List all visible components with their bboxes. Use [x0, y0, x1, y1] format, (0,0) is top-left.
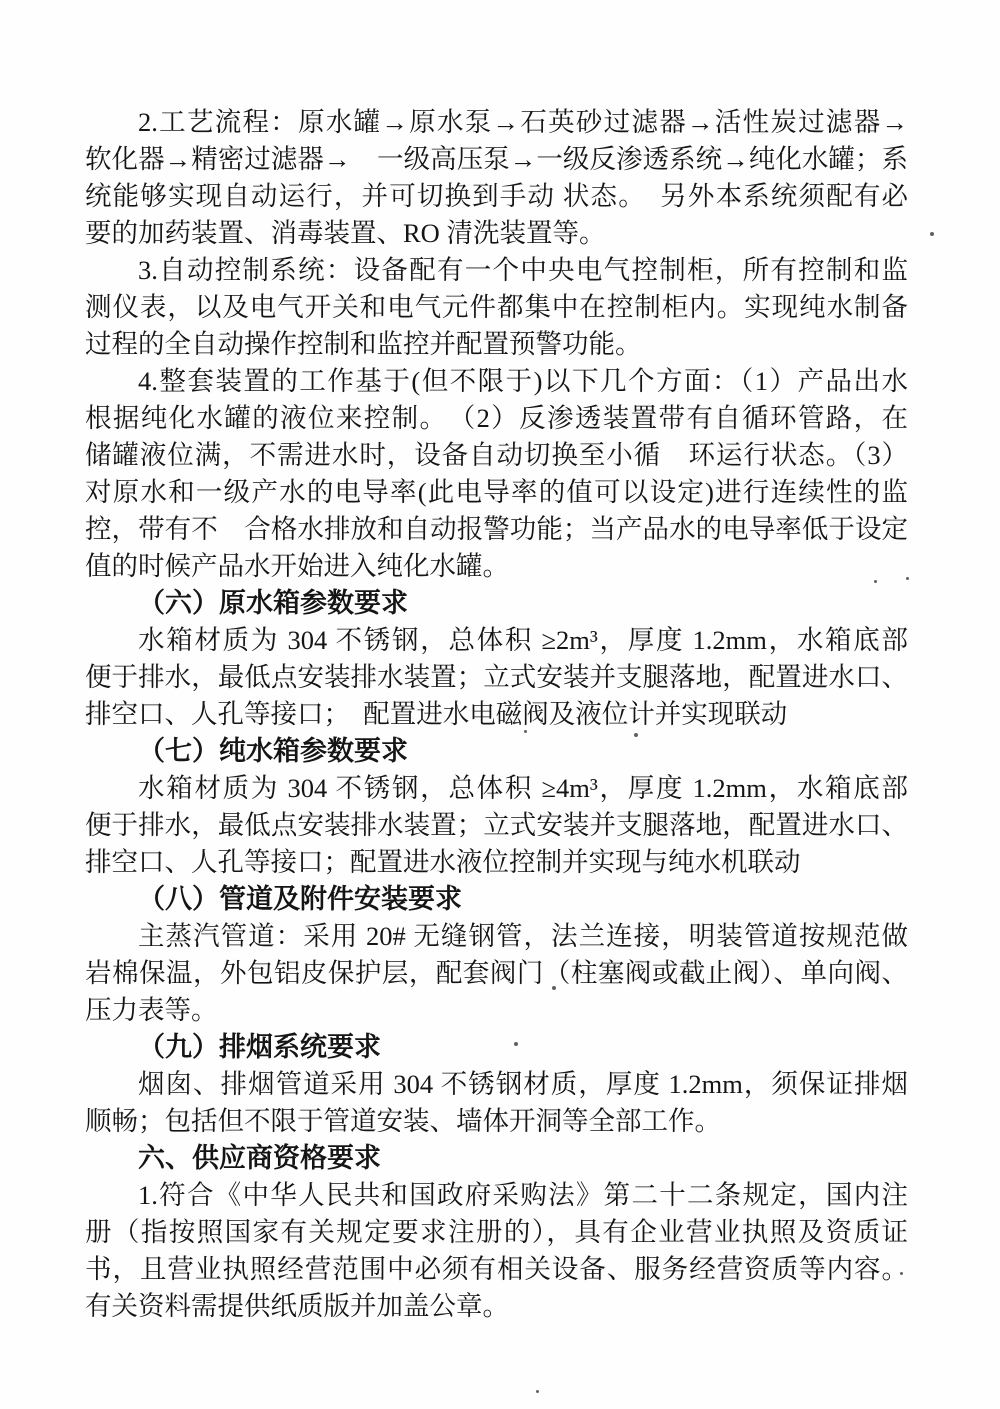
- text-line: 排空口、人孔等接口；配置进水液位控制并实现与纯水机联动: [85, 844, 908, 881]
- scanned-document-page: 2.工艺流程：原水罐→原水泵→石英砂过滤器→活性炭过滤器→软化器→精密过滤器→ …: [0, 0, 1000, 1409]
- text-line: 3.自动控制系统：设备配有一个中央电气控制柜，所有控制和监: [85, 252, 908, 289]
- section-heading: 六、供应商资格要求: [85, 1140, 908, 1177]
- text-line: 岩棉保温，外包铝皮保护层，配套阀门（柱塞阀或截止阀）、单向阀、: [85, 955, 908, 992]
- scan-noise-dot: [524, 730, 527, 733]
- text-line: 水箱材质为 304 不锈钢，总体积 ≥2m³，厚度 1.2mm，水箱底部: [85, 622, 908, 659]
- text-line: 书，且营业执照经营范围中必须有相关设备、服务经营资质等内容。: [85, 1251, 908, 1288]
- section-heading: （九）排烟系统要求: [85, 1029, 908, 1066]
- text-line: 控，带有不 合格水排放和自动报警功能；当产品水的电导率低于设定: [85, 511, 908, 548]
- scan-noise-dot: [514, 1042, 518, 1046]
- text-line: 根据纯化水罐的液位来控制。 （2）反渗透装置带有自循环管路，在: [85, 400, 908, 437]
- text-line: 烟囱、排烟管道采用 304 不锈钢材质，厚度 1.2mm，须保证排烟: [85, 1066, 908, 1103]
- text-line: 对原水和一级产水的电导率(此电导率的值可以设定)进行连续性的监: [85, 474, 908, 511]
- text-line: 软化器→精密过滤器→ 一级高压泵→一级反渗透系统→纯化水罐；系: [85, 141, 908, 178]
- text-line: 测仪表，以及电气开关和电气元件都集中在控制柜内。实现纯水制备: [85, 289, 908, 326]
- text-line: 1.符合《中华人民共和国政府采购法》第二十二条规定，国内注: [85, 1177, 908, 1214]
- text-line: 排空口、人孔等接口； 配置进水电磁阀及液位计并实现联动: [85, 696, 908, 733]
- text-line: 便于排水，最低点安装排水装置；立式安装并支腿落地，配置进水口、: [85, 659, 908, 696]
- scan-noise-dot: [634, 733, 638, 737]
- text-line: 要的加药装置、消毒装置、RO 清洗装置等。: [85, 215, 908, 252]
- text-line: 过程的全自动操作控制和监控并配置预警功能。: [85, 326, 908, 363]
- text-line: 顺畅；包括但不限于管道安装、墙体开洞等全部工作。: [85, 1103, 908, 1140]
- scan-noise-dot: [536, 1390, 539, 1393]
- text-line: 储罐液位满，不需进水时，设备自动切换至小循 环运行状态。（3）: [85, 437, 908, 474]
- text-line: 主蒸汽管道：采用 20# 无缝钢管，法兰连接，明装管道按规范做: [85, 918, 908, 955]
- section-heading: （六）原水箱参数要求: [85, 585, 908, 622]
- text-line: 水箱材质为 304 不锈钢，总体积 ≥4m³，厚度 1.2mm，水箱底部: [85, 770, 908, 807]
- text-line: 有关资料需提供纸质版并加盖公章。: [85, 1288, 908, 1325]
- text-line: 压力表等。: [85, 992, 908, 1029]
- text-line: 便于排水，最低点安装排水装置；立式安装并支腿落地，配置进水口、: [85, 807, 908, 844]
- scan-noise-dot: [930, 232, 934, 236]
- text-line: 2.工艺流程：原水罐→原水泵→石英砂过滤器→活性炭过滤器→: [85, 104, 908, 141]
- text-line: 4.整套装置的工作基于(但不限于)以下几个方面：（1）产品出水: [85, 363, 908, 400]
- text-line: 册（指按照国家有关规定要求注册的），具有企业营业执照及资质证: [85, 1214, 908, 1251]
- text-line: 值的时候产品水开始进入纯化水罐。: [85, 548, 908, 585]
- scan-noise-dot: [900, 1272, 903, 1275]
- text-line: 统能够实现自动运行，并可切换到手动 状态。 另外本系统须配有必: [85, 178, 908, 215]
- scan-noise-dot: [874, 580, 877, 583]
- scan-noise-dot: [906, 577, 909, 580]
- section-heading: （八）管道及附件安装要求: [85, 881, 908, 918]
- document-content: 2.工艺流程：原水罐→原水泵→石英砂过滤器→活性炭过滤器→软化器→精密过滤器→ …: [85, 104, 908, 1325]
- section-heading: （七）纯水箱参数要求: [85, 733, 908, 770]
- scan-noise-dot: [552, 986, 556, 990]
